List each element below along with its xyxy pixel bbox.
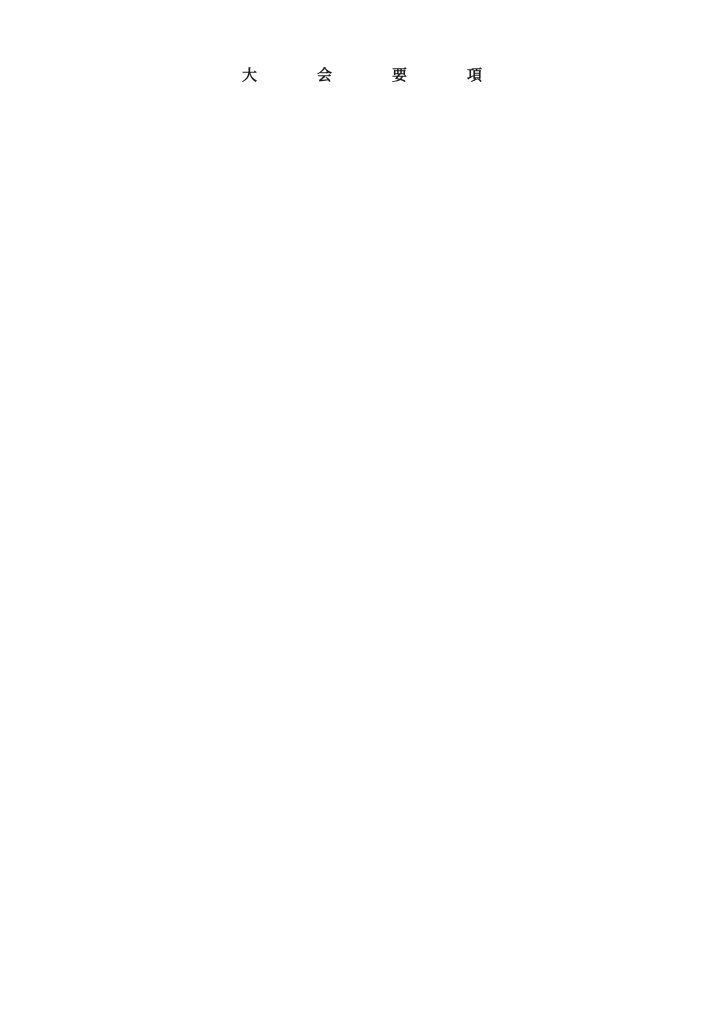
title-char: 要 xyxy=(392,64,407,85)
title-char: 会 xyxy=(317,64,332,85)
title-char: 大 xyxy=(242,64,257,85)
document-title: 大会要項 xyxy=(0,64,724,85)
title-char: 項 xyxy=(467,64,482,85)
